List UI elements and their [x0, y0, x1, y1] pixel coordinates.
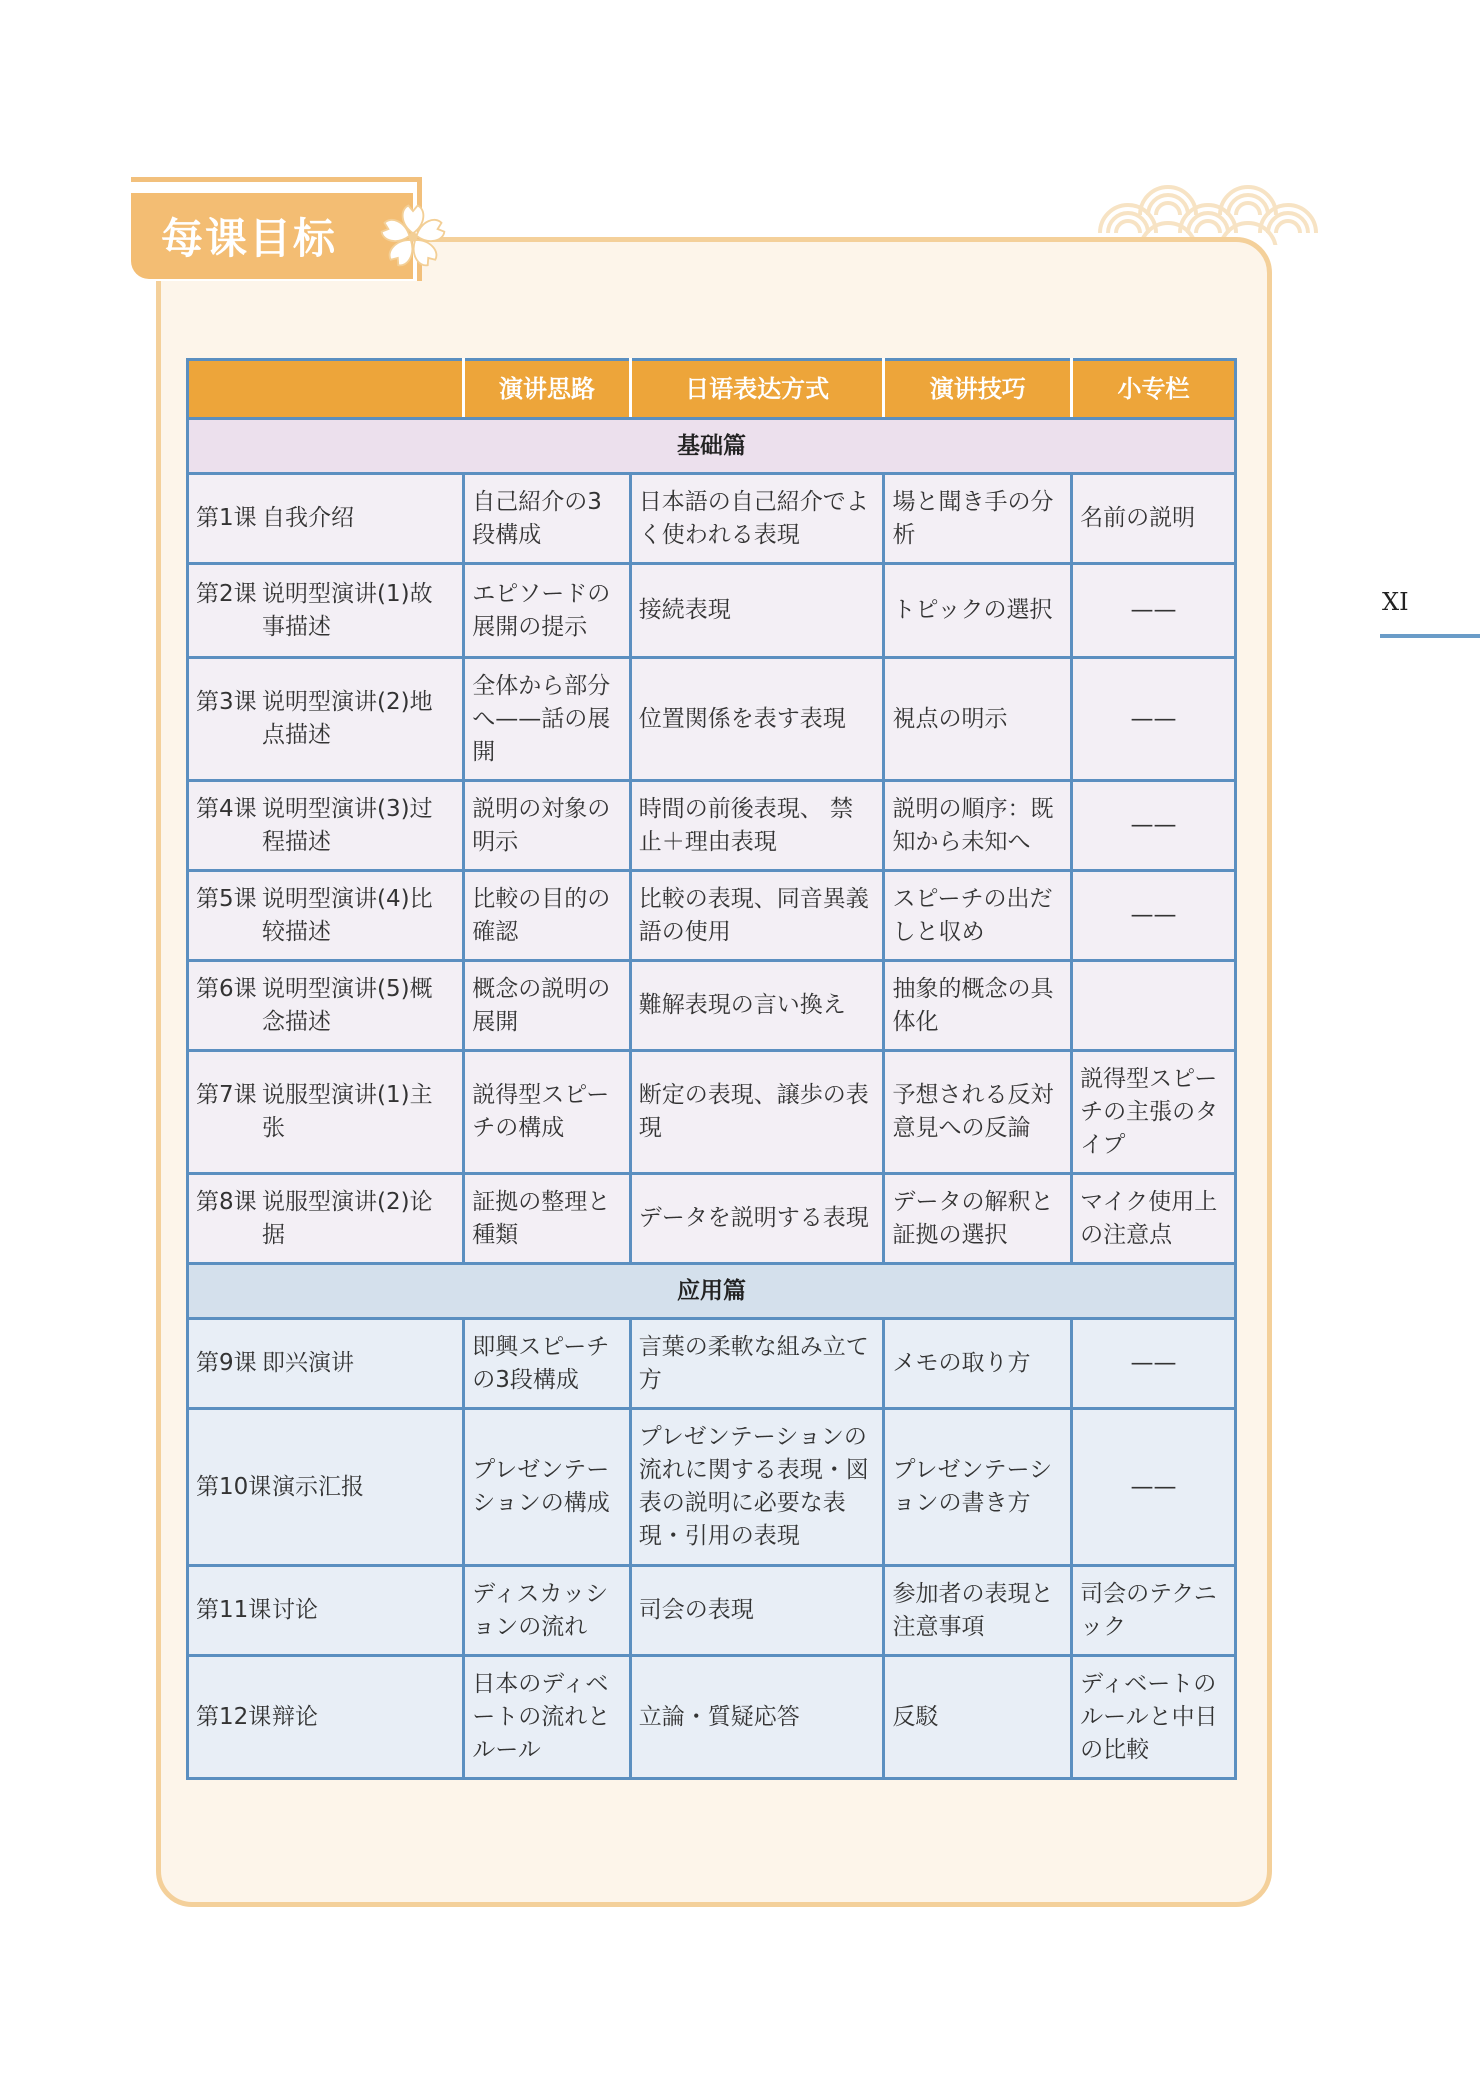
expression-cell: 位置関係を表す表現 [630, 658, 884, 781]
expression-cell: 断定の表現、譲歩の表現 [630, 1051, 884, 1174]
table-row: 第5课说明型演讲(4)比较描述比較の目的の確認比較の表現、同音異義語の使用スピー… [188, 871, 1236, 961]
column-cell: 司会のテクニック [1072, 1566, 1236, 1656]
table-row: 第7课说服型演讲(1)主张説得型スピーチの構成断定の表現、譲歩の表現予想される反… [188, 1051, 1236, 1174]
approach-cell: 日本のディベートの流れとルール [464, 1656, 631, 1779]
technique-cell: 視点の明示 [884, 658, 1072, 781]
lesson-cell: 第7课说服型演讲(1)主张 [188, 1051, 464, 1174]
lesson-cell: 第5课说明型演讲(4)比较描述 [188, 871, 464, 961]
column-cell: —— [1072, 871, 1236, 961]
lesson-name: 说服型演讲(2)论据 [262, 1186, 455, 1252]
lesson-name: 辩论 [272, 1701, 455, 1734]
page-number: XI [1382, 588, 1409, 616]
header-column: 小专栏 [1072, 360, 1236, 419]
title-tab: 每课目标 [131, 193, 413, 279]
expression-cell: データを説明する表現 [630, 1174, 884, 1264]
table-row: 第6课说明型演讲(5)概念描述概念の説明の展開難解表現の言い換え抽象的概念の具体… [188, 961, 1236, 1051]
table-row: 第11课讨论ディスカッションの流れ司会の表現参加者の表現と注意事項司会のテクニッ… [188, 1566, 1236, 1656]
lesson-number: 第3课 [196, 686, 262, 752]
lesson-number: 第9课 [196, 1347, 262, 1380]
technique-cell: メモの取り方 [884, 1319, 1072, 1409]
lesson-cell: 第9课即兴演讲 [188, 1319, 464, 1409]
lesson-number: 第5课 [196, 883, 262, 949]
expression-cell: 難解表現の言い換え [630, 961, 884, 1051]
approach-cell: 全体から部分へ——話の展開 [464, 658, 631, 781]
lesson-name: 演示汇报 [272, 1471, 455, 1504]
column-cell [1072, 961, 1236, 1051]
lesson-name: 自我介绍 [262, 502, 455, 535]
expression-cell: 比較の表現、同音異義語の使用 [630, 871, 884, 961]
technique-cell: 参加者の表現と注意事項 [884, 1566, 1072, 1656]
approach-cell: 証拠の整理と種類 [464, 1174, 631, 1264]
lesson-cell: 第3课说明型演讲(2)地点描述 [188, 658, 464, 781]
technique-cell: トピックの選択 [884, 564, 1072, 658]
lesson-name: 即兴演讲 [262, 1347, 455, 1380]
technique-cell: 場と聞き手の分析 [884, 474, 1072, 564]
page-number-rule [1380, 634, 1480, 638]
column-cell: 説得型スピーチの主張のタイプ [1072, 1051, 1236, 1174]
lesson-cell: 第2课说明型演讲(1)故事描述 [188, 564, 464, 658]
lesson-cell: 第1课自我介绍 [188, 474, 464, 564]
technique-cell: プレゼンテーションの書き方 [884, 1409, 1072, 1566]
section-row: 基础篇 [188, 419, 1236, 474]
header-approach: 演讲思路 [464, 360, 631, 419]
expression-cell: 時間の前後表現、 禁止＋理由表現 [630, 781, 884, 871]
lesson-number: 第8课 [196, 1186, 262, 1252]
lesson-cell: 第6课说明型演讲(5)概念描述 [188, 961, 464, 1051]
lesson-number: 第2课 [196, 578, 262, 644]
lesson-number: 第7课 [196, 1079, 262, 1145]
lesson-number: 第4课 [196, 793, 262, 859]
lesson-number: 第12课 [196, 1701, 272, 1734]
table-row: 第1课自我介绍自己紹介の3段構成日本語の自己紹介でよく使われる表現場と聞き手の分… [188, 474, 1236, 564]
header-lesson [188, 360, 464, 419]
expression-cell: 言葉の柔軟な組み立て方 [630, 1319, 884, 1409]
table-row: 第2课说明型演讲(1)故事描述エピソードの展開の提示接続表現トピックの選択—— [188, 564, 1236, 658]
technique-cell: データの解釈と証拠の選択 [884, 1174, 1072, 1264]
lesson-name: 说明型演讲(4)比较描述 [262, 883, 455, 949]
column-cell: ディベートのルールと中日の比較 [1072, 1656, 1236, 1779]
table-row: 第10课演示汇报プレゼンテーションの構成プレゼンテーションの流れに関する表現・図… [188, 1409, 1236, 1566]
page-title: 每课目标 [161, 206, 337, 266]
expression-cell: 接続表現 [630, 564, 884, 658]
lesson-name: 说明型演讲(1)故事描述 [262, 578, 455, 644]
section-title: 基础篇 [188, 419, 1236, 474]
column-cell: —— [1072, 564, 1236, 658]
header-expression: 日语表达方式 [630, 360, 884, 419]
approach-cell: プレゼンテーションの構成 [464, 1409, 631, 1566]
lesson-number: 第10课 [196, 1471, 272, 1504]
header-technique: 演讲技巧 [884, 360, 1072, 419]
lesson-name: 说明型演讲(2)地点描述 [262, 686, 455, 752]
expression-cell: 立論・質疑応答 [630, 1656, 884, 1779]
expression-cell: 日本語の自己紹介でよく使われる表現 [630, 474, 884, 564]
column-cell: 名前の説明 [1072, 474, 1236, 564]
column-cell: —— [1072, 781, 1236, 871]
column-cell: マイク使用上の注意点 [1072, 1174, 1236, 1264]
table-row: 第12课辩论日本のディベートの流れとルール立論・質疑応答反駁ディベートのルールと… [188, 1656, 1236, 1779]
lesson-name: 说服型演讲(1)主张 [262, 1079, 455, 1145]
table-row: 第4课说明型演讲(3)过程描述説明の対象の明示時間の前後表現、 禁止＋理由表現説… [188, 781, 1236, 871]
section-title: 应用篇 [188, 1264, 1236, 1319]
approach-cell: 即興スピーチの3段構成 [464, 1319, 631, 1409]
approach-cell: 説得型スピーチの構成 [464, 1051, 631, 1174]
lesson-number: 第6课 [196, 973, 262, 1039]
technique-cell: 予想される反対意見への反論 [884, 1051, 1072, 1174]
approach-cell: 説明の対象の明示 [464, 781, 631, 871]
approach-cell: 概念の説明の展開 [464, 961, 631, 1051]
lesson-name: 说明型演讲(3)过程描述 [262, 793, 455, 859]
expression-cell: 司会の表現 [630, 1566, 884, 1656]
table-row: 第9课即兴演讲即興スピーチの3段構成言葉の柔軟な組み立て方メモの取り方—— [188, 1319, 1236, 1409]
lesson-number: 第11课 [196, 1594, 272, 1627]
sakura-flower-icon [376, 200, 450, 274]
lesson-number: 第1课 [196, 502, 262, 535]
lesson-cell: 第11课讨论 [188, 1566, 464, 1656]
column-cell: —— [1072, 1319, 1236, 1409]
table-header-row: 演讲思路 日语表达方式 演讲技巧 小专栏 [188, 360, 1236, 419]
expression-cell: プレゼンテーションの流れに関する表現・図表の説明に必要な表現・引用の表現 [630, 1409, 884, 1566]
approach-cell: 自己紹介の3段構成 [464, 474, 631, 564]
section-row: 应用篇 [188, 1264, 1236, 1319]
table-row: 第3课说明型演讲(2)地点描述全体から部分へ——話の展開位置関係を表す表現視点の… [188, 658, 1236, 781]
lesson-cell: 第4课说明型演讲(3)过程描述 [188, 781, 464, 871]
table-row: 第8课说服型演讲(2)论据証拠の整理と種類データを説明する表現データの解釈と証拠… [188, 1174, 1236, 1264]
lesson-goals-table: 演讲思路 日语表达方式 演讲技巧 小专栏 基础篇第1课自我介绍自己紹介の3段構成… [186, 358, 1237, 1780]
lesson-cell: 第8课说服型演讲(2)论据 [188, 1174, 464, 1264]
approach-cell: エピソードの展開の提示 [464, 564, 631, 658]
technique-cell: 説明の順序：既知から未知へ [884, 781, 1072, 871]
technique-cell: 反駁 [884, 1656, 1072, 1779]
wave-pattern-icon [1090, 175, 1320, 245]
column-cell: —— [1072, 658, 1236, 781]
technique-cell: スピーチの出だしと収め [884, 871, 1072, 961]
technique-cell: 抽象的概念の具体化 [884, 961, 1072, 1051]
lesson-name: 讨论 [272, 1594, 455, 1627]
column-cell: —— [1072, 1409, 1236, 1566]
lesson-cell: 第12课辩论 [188, 1656, 464, 1779]
lesson-name: 说明型演讲(5)概念描述 [262, 973, 455, 1039]
lesson-cell: 第10课演示汇报 [188, 1409, 464, 1566]
approach-cell: ディスカッションの流れ [464, 1566, 631, 1656]
approach-cell: 比較の目的の確認 [464, 871, 631, 961]
